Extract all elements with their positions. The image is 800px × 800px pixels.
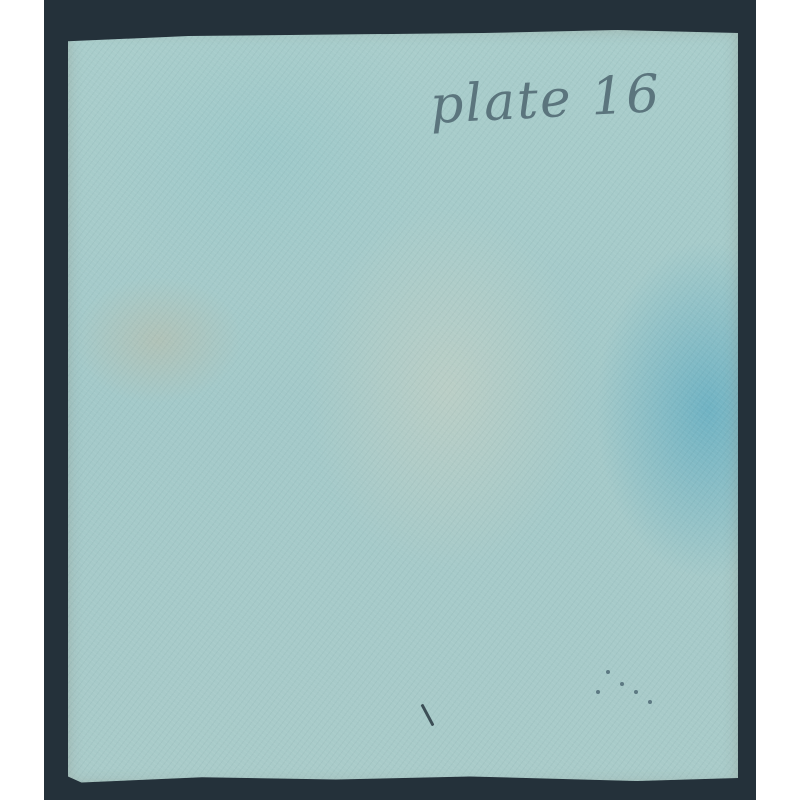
cancel-show-through-dot	[634, 690, 638, 694]
stamp-back: plate 16	[68, 30, 738, 784]
paper-texture	[68, 30, 738, 784]
handwritten-plate-number: plate 16	[429, 64, 663, 136]
cancel-show-through-dot	[596, 690, 600, 694]
cancel-show-through-dot	[648, 700, 652, 704]
cancel-show-through-dot	[606, 670, 610, 674]
cancel-show-through-dot	[620, 682, 624, 686]
